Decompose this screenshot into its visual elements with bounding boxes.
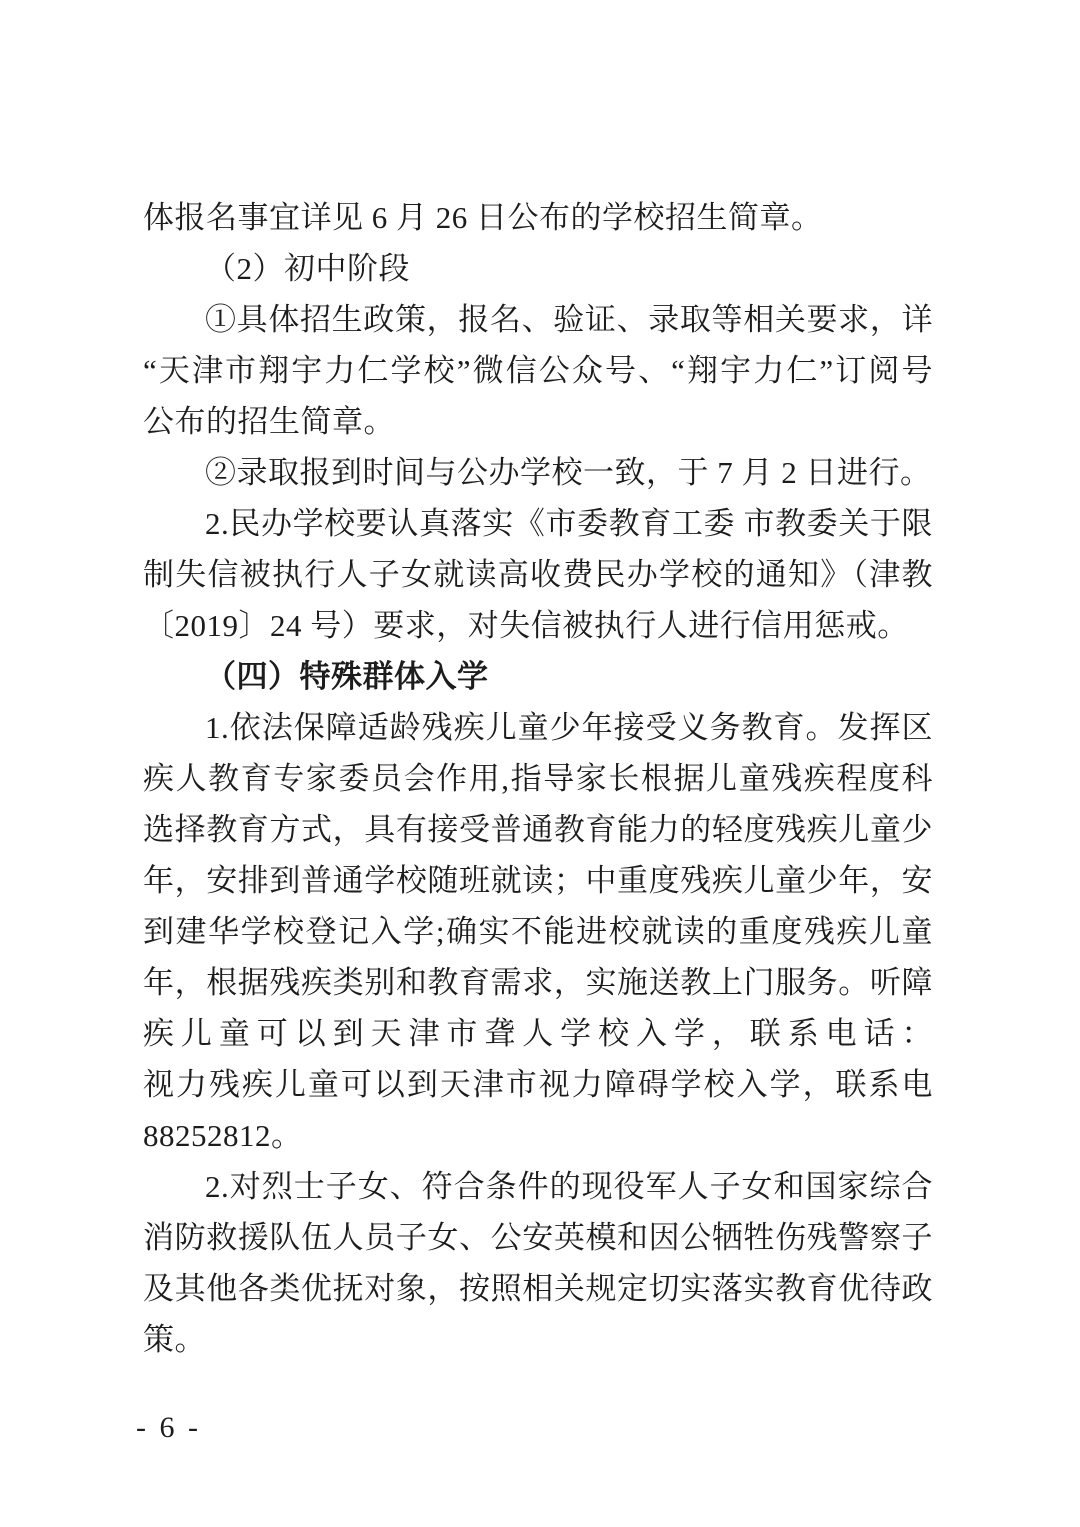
document-line: 年，根据残疾类别和教育需求，实施送教上门服务。听障残 (143, 957, 933, 1008)
document-line: 选择教育方式，具有接受普通教育能力的轻度残疾儿童少 (143, 804, 933, 855)
document-line: “天津市翔宇力仁学校”微信公众号、“翔宇力仁”订阅号 (143, 345, 933, 396)
document-line: 〔2019〕24 号）要求，对失信被执行人进行信用惩戒。 (143, 600, 933, 651)
document-line: 年，安排到普通学校随班就读；中重度残疾儿童少年，安排 (143, 855, 933, 906)
page-number: - 6 - (136, 1408, 201, 1448)
document-line: 疾儿童可以到天津市聋人学校入学，联系电话：24575528; (143, 1008, 933, 1059)
document-line: 1.依法保障适龄残疾儿童少年接受义务教育。发挥区残 (143, 702, 933, 753)
document-line: 消防救援队伍人员子女、公安英模和因公牺牲伤残警察子女 (143, 1212, 933, 1263)
document-line: （2）初中阶段 (143, 243, 933, 294)
document-line: 2.民办学校要认真落实《市委教育工委 市教委关于限 (143, 498, 933, 549)
document-line: ②录取报到时间与公办学校一致，于 7 月 2 日进行。 (143, 447, 933, 498)
document-line: 2.对烈士子女、符合条件的现役军人子女和国家综合性 (143, 1161, 933, 1212)
document-line: ①具体招生政策，报名、验证、录取等相关要求，详见 (143, 294, 933, 345)
document-line: 体报名事宜详见 6 月 26 日公布的学校招生简章。 (143, 192, 933, 243)
document-line: 制失信被执行人子女就读高收费民办学校的通知》（津教政 (143, 549, 933, 600)
document-line: 策。 (143, 1314, 933, 1365)
section-heading: （四）特殊群体入学 (143, 651, 933, 702)
document-line: 88252812。 (143, 1110, 933, 1161)
document-line: 及其他各类优抚对象，按照相关规定切实落实教育优待政 (143, 1263, 933, 1314)
document-line: 疾人教育专家委员会作用,指导家长根据儿童残疾程度科学 (143, 753, 933, 804)
document-page: 体报名事宜详见 6 月 26 日公布的学校招生简章。 （2）初中阶段 ①具体招生… (0, 0, 1080, 1527)
document-line: 视力残疾儿童可以到天津市视力障碍学校入学，联系电话: (143, 1059, 933, 1110)
document-line: 公布的招生简章。 (143, 396, 933, 447)
document-body-text: 体报名事宜详见 6 月 26 日公布的学校招生简章。 （2）初中阶段 ①具体招生… (143, 192, 933, 1365)
document-line: 到建华学校登记入学;确实不能进校就读的重度残疾儿童少 (143, 906, 933, 957)
